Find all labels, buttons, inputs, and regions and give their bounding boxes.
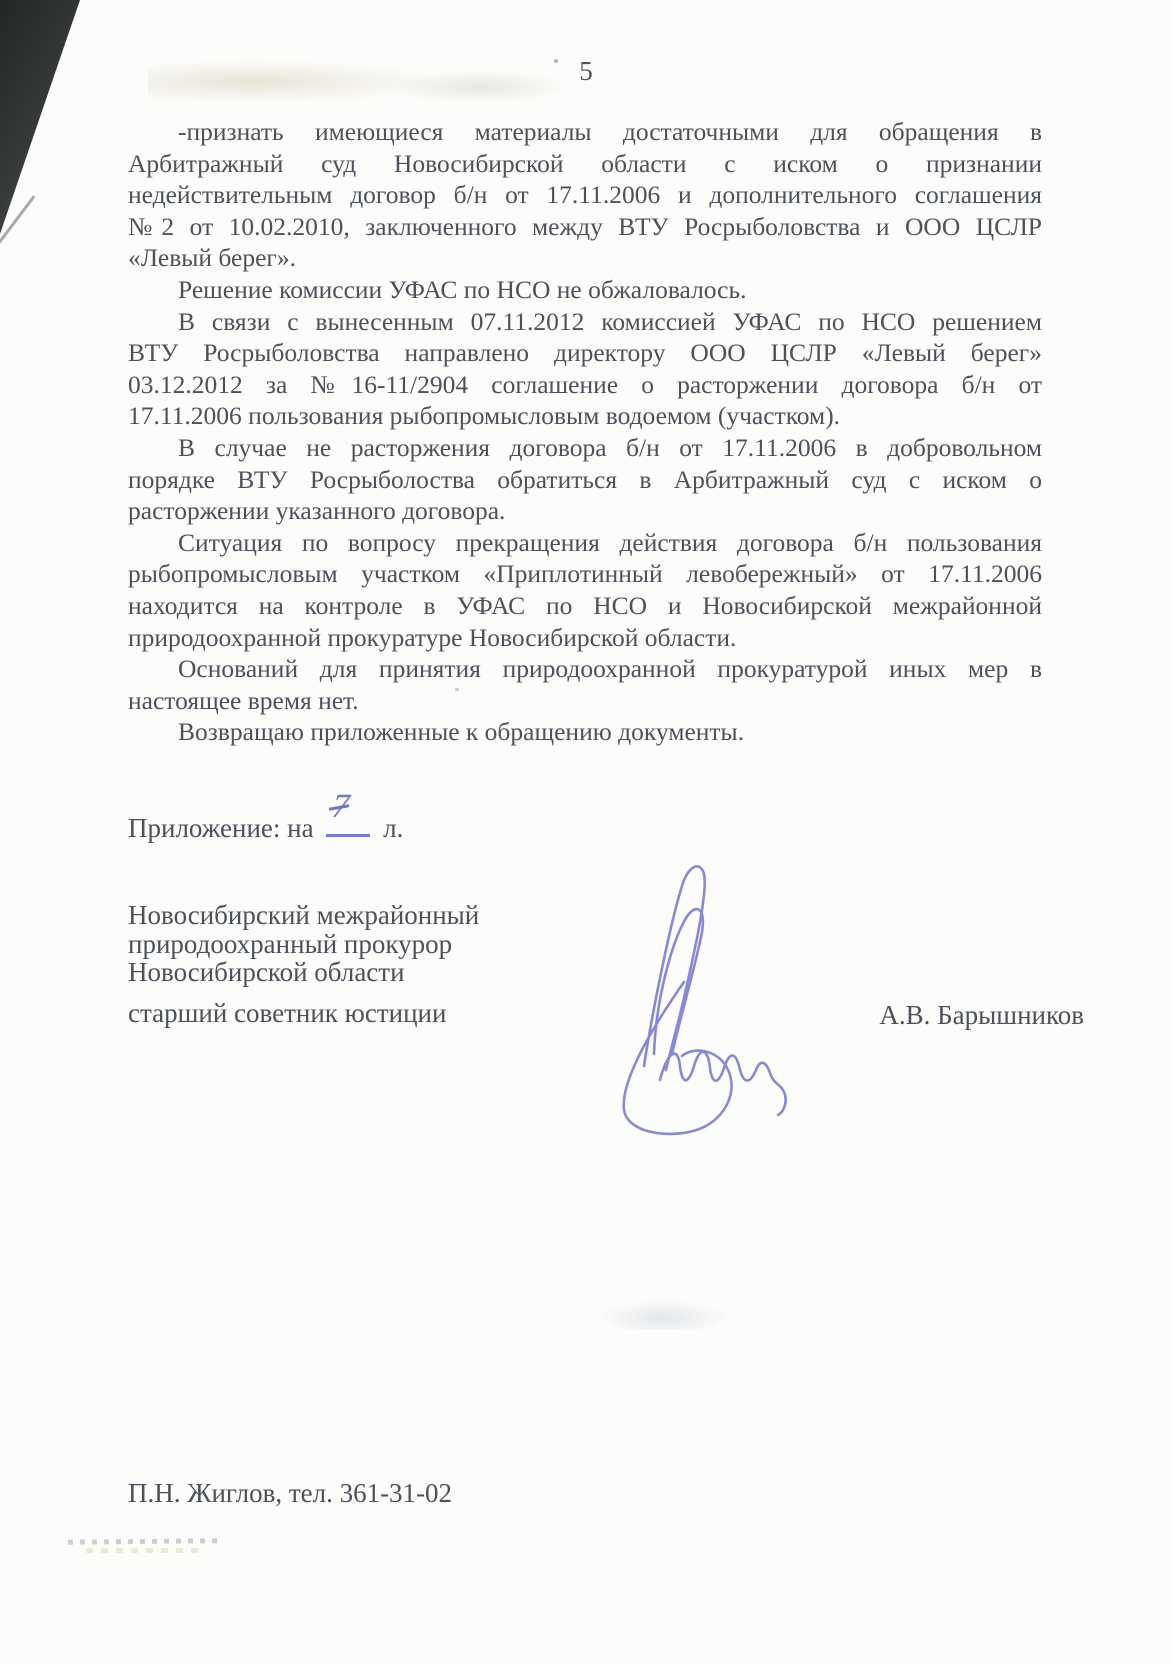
signature-ink [594,854,798,1144]
handwritten-sheet-count: 7 [331,790,352,824]
signer-title-line: природоохранный прокурор [128,930,479,959]
paragraph: -признать имеющиеся материалы достаточны… [128,116,1042,274]
text-line: №2 от 10.02.2010, заключенного между ВТУ… [128,211,1042,243]
scan-noise [68,1538,218,1545]
paragraph: Решение комиссии УФАС по НСО не обжалова… [128,274,1042,306]
text-line: «Левый берег». [128,242,1042,274]
signer-title-line: Новосибирский межрайонный [128,901,479,930]
text-line: Арбитражный суд Новосибирской области с … [128,148,1042,180]
text-line: порядке ВТУ Росрыболоства обратиться в А… [128,464,1042,496]
page-number: 5 [0,56,1172,87]
text-line: В случае не расторжения договора б/н от … [128,432,1042,464]
text-line: находится на контроле в УФАС по НСО и Но… [128,590,1042,622]
text-line: рыбопромысловым участком «Приплотинный л… [128,558,1042,590]
text-line: Возвращаю приложенные к обращению докуме… [128,716,1042,748]
text-line: природоохранной прокуратуре Новосибирско… [128,622,1042,654]
paragraph: Возвращаю приложенные к обращению докуме… [128,716,1042,748]
text-line: Оснований для принятия природоохранной п… [128,653,1042,685]
signer-title-block: Новосибирский межрайонный природоохранны… [128,901,479,987]
text-line: недействительным договор б/н от 17.11.20… [128,179,1042,211]
text-line: настоящее время нет. [128,685,1042,717]
text-line: 03.12.2012 за №16-11/2904 соглашение о р… [128,369,1042,401]
text-line: расторжении указанного договора. [128,495,1042,527]
document-page: 5 -признать имеющиеся материалы достаточ… [0,0,1172,1664]
attachment-label-prefix: Приложение: на [128,813,314,843]
text-line: В связи с вынесенным 07.11.2012 комиссие… [128,306,1042,338]
scan-corner-artifact [0,0,80,234]
text-line: Решение комиссии УФАС по НСО не обжалова… [128,274,1042,306]
text-line: ВТУ Росрыболовства направлено директору … [128,337,1042,369]
attachment-label-suffix: л. [383,813,403,843]
signer-rank: старший советник юстиции [128,998,446,1029]
sheet-count-blank: 7 [326,804,370,837]
signer-name: А.В. Барышников [879,1000,1084,1031]
text-line: -признать имеющиеся материалы достаточны… [128,116,1042,148]
paragraph: В случае не расторжения договора б/н от … [128,432,1042,527]
paragraph: В связи с вынесенным 07.11.2012 комиссие… [128,306,1042,432]
text-line: 17.11.2006 пользования рыбопромысловым в… [128,400,1042,432]
executor-contact: П.Н. Жиглов, тел. 361-31-02 [128,1478,452,1509]
scan-smudge [598,1300,728,1330]
scan-noise [86,1548,206,1553]
paragraph: Ситуация по вопросу прекращения действия… [128,527,1042,653]
attachment-line: Приложение: на 7 л. [128,804,403,844]
paragraph: Оснований для принятия природоохранной п… [128,653,1042,716]
signer-title-line: Новосибирской области [128,958,479,987]
body-text: -признать имеющиеся материалы достаточны… [128,116,1042,748]
text-line: Ситуация по вопросу прекращения действия… [128,527,1042,559]
